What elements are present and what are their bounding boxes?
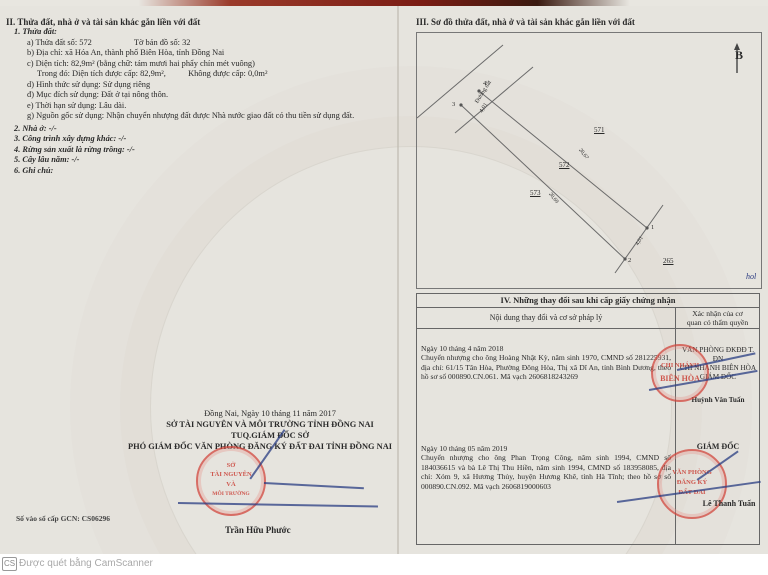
issue-date: Đồng Nai, Ngày 10 tháng 11 năm 2017 xyxy=(130,409,410,419)
camscanner-watermark: Được quét bằng CamScanner xyxy=(19,557,153,570)
change-text: Chuyển nhượng cho ông Hoàng Nhật Kỳ, năm… xyxy=(421,353,671,381)
scanner-footer: CS Được quét bằng CamScanner xyxy=(0,554,768,575)
item-perennial-trees: 5. Cây lâu năm: -/- xyxy=(8,155,354,166)
certificate-number: Số vào sổ cấp GCN: CS06296 xyxy=(16,514,110,524)
authority-signer-2: Lê Thanh Tuấn xyxy=(699,499,759,508)
land-parcel-row: a) Thửa đất số: 572 Tờ bản đồ số: 32 xyxy=(8,38,354,49)
page-fold xyxy=(397,6,399,554)
area-not-granted: Không được cấp: 0,0m² xyxy=(188,69,267,78)
point-4-label: 4 xyxy=(483,79,486,89)
parcel-265-label: 265 xyxy=(663,256,674,266)
official-stamp-left: SỞ TÀI NGUYÊN VÀ MÔI TRƯỜNG xyxy=(196,446,266,516)
item-other-construction: 3. Công trình xây dựng khác: -/- xyxy=(8,134,354,145)
land-usage-form: d) Hình thức sử dụng: Sử dụng riêng xyxy=(8,80,354,91)
area-granted: Trong đó: Diện tích được cấp: 82,9m², xyxy=(37,69,166,78)
col-authority-line2: quan có thẩm quyền xyxy=(676,318,759,327)
map-sheet-number: Tờ bản đồ số: 32 xyxy=(134,38,191,47)
col-authority-line1: Xác nhận của cơ xyxy=(676,309,759,318)
stamp-text: MÔI TRƯỜNG xyxy=(198,491,264,497)
changes-title: IV. Những thay đổi sau khi cấp giấy chứn… xyxy=(417,294,759,308)
changes-header-row: Nội dung thay đổi và cơ sở pháp lý Xác n… xyxy=(417,308,759,329)
land-origin: g) Nguồn gốc sử dụng: Nhận chuyển nhượng… xyxy=(8,111,354,122)
parcel-572-label: 572 xyxy=(559,160,570,170)
col-change-content: Nội dung thay đổi và cơ sở pháp lý xyxy=(417,308,676,328)
change-text: Chuyển nhượng cho ông Phan Trọng Công, n… xyxy=(421,453,671,491)
issuing-org: SỞ TÀI NGUYÊN VÀ MÔI TRƯỜNG TỈNH ĐỒNG NA… xyxy=(130,420,410,430)
signer-name-left: Trần Hữu Phước xyxy=(225,525,291,535)
land-area: c) Diện tích: 82,9m² (bằng chữ: tám mươi… xyxy=(8,59,354,70)
land-usage-term: e) Thời hạn sử dụng: Lâu dài. xyxy=(8,101,354,112)
land-info: 1. Thửa đất: a) Thửa đất số: 572 Tờ bản … xyxy=(8,27,354,176)
official-stamp-branch: CHI NHÁNH BIÊN HÒA xyxy=(651,344,709,402)
signer-role-1: TUQ.GIÁM ĐỐC SỞ xyxy=(130,431,410,441)
signer-role-2: PHÓ GIÁM ĐỐC VĂN PHÒNG ĐĂNG KÝ ĐẤT ĐAI T… xyxy=(110,442,410,452)
change-date: Ngày 10 tháng 4 năm 2018 xyxy=(421,344,671,353)
changes-table: IV. Những thay đổi sau khi cấp giấy chứn… xyxy=(416,293,760,545)
camscanner-logo-icon: CS xyxy=(2,557,17,571)
point-3-label: 3 xyxy=(452,100,455,110)
stamp-text: ĐĂNG KÝ xyxy=(659,479,725,486)
stamp-text: SỞ xyxy=(198,462,264,469)
point-1-label: 1 xyxy=(651,223,654,233)
stamp-text: VÀ xyxy=(198,481,264,488)
item-house: 2. Nhà ở: -/- xyxy=(8,124,354,135)
change-entry-1: Ngày 10 tháng 4 năm 2018 Chuyển nhượng c… xyxy=(421,344,671,382)
change-entry-2: Ngày 10 tháng 05 năm 2019 Chuyển nhượng … xyxy=(421,444,671,491)
parcel-571-label: 571 xyxy=(594,125,605,135)
change-date: Ngày 10 tháng 05 năm 2019 xyxy=(421,444,671,453)
col-authority: Xác nhận của cơ quan có thẩm quyền xyxy=(676,308,759,328)
parcel-plot-svg xyxy=(417,33,761,288)
parcel-number: a) Thửa đất số: 572 xyxy=(27,38,92,47)
official-stamp-office: VĂN PHÒNG ĐĂNG KÝ ĐẤT ĐAI xyxy=(657,449,727,519)
point-2-label: 2 xyxy=(628,256,631,266)
parcel-573-label: 573 xyxy=(530,188,541,198)
land-area-detail: Trong đó: Diện tích được cấp: 82,9m², Kh… xyxy=(8,69,354,80)
item-notes: 6. Ghi chú: xyxy=(8,166,354,177)
item-forest: 4. Rừng sản xuất là rừng trồng: -/- xyxy=(8,145,354,156)
land-heading: 1. Thửa đất: xyxy=(8,27,354,38)
north-arrow-icon: B xyxy=(735,50,743,60)
land-address: b) Địa chỉ: xã Hóa An, thành phố Biên Hò… xyxy=(8,48,354,59)
section-ii-title: II. Thửa đất, nhà ở và tài sản khác gắn … xyxy=(6,17,200,27)
corner-handwritten-mark: hol xyxy=(746,272,756,282)
land-parcel-diagram: B Đường đất 4,01 4 3 1 2 571 572 573 265… xyxy=(416,32,762,289)
changes-body: Ngày 10 tháng 4 năm 2018 Chuyển nhượng c… xyxy=(417,329,759,544)
stamp-text: VĂN PHÒNG xyxy=(659,469,725,476)
land-usage-purpose: đ) Mục đích sử dụng: Đất ở tại nông thôn… xyxy=(8,90,354,101)
section-iii-title: III. Sơ đồ thửa đất, nhà ở và tài sản kh… xyxy=(416,17,635,27)
